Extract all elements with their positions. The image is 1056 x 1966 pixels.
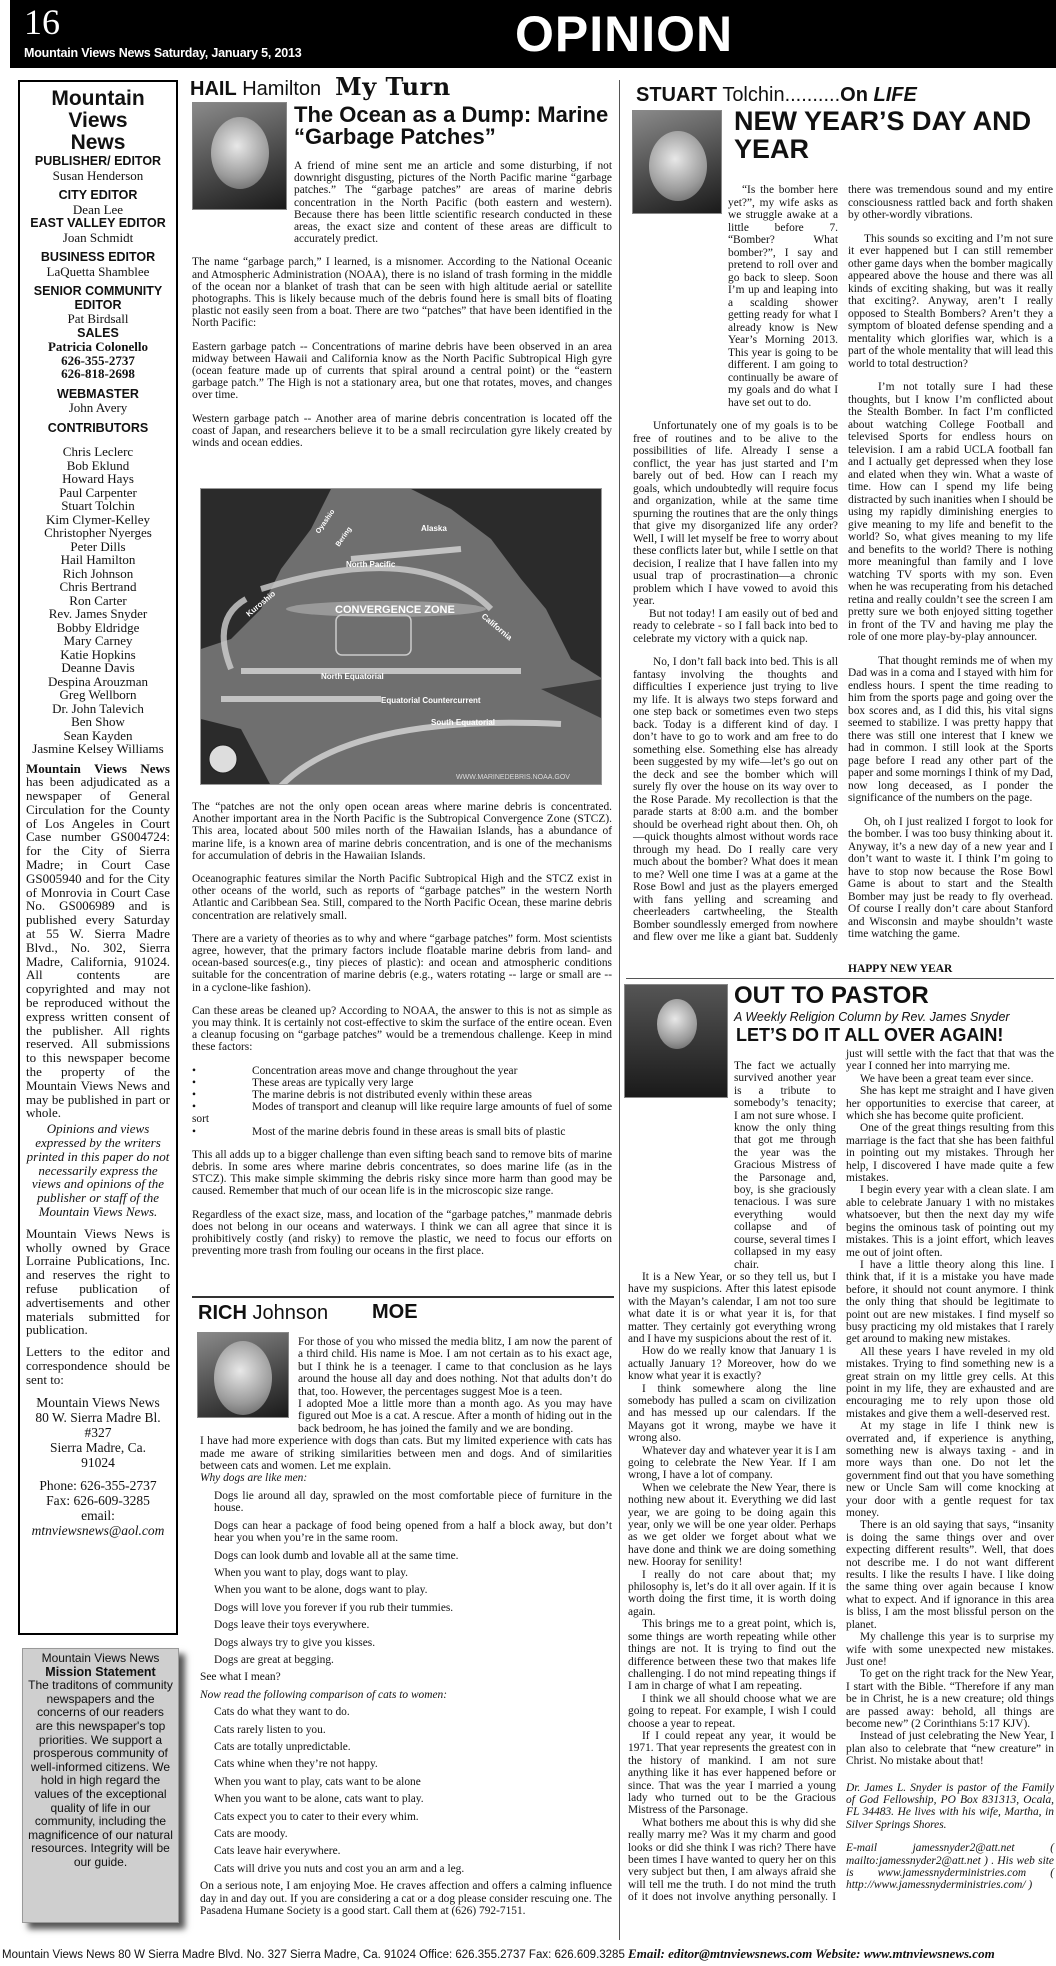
staff-role: BUSINESS EDITOR [26,251,170,265]
contact-info: Phone: 626-355-2737 Fax: 626-609-3285 em… [26,1478,170,1538]
column-title: OUT TO PASTOR [734,984,929,1008]
contributor-name: Rich Johnson [26,567,170,581]
contributor-name: Dr. John Talevich [26,702,170,716]
fax: Fax: 626-609-3285 [26,1493,170,1508]
contributor-name: Chris Bertrand [26,580,170,594]
article-headline: LET’S DO IT ALL OVER AGAIN! [736,1026,1003,1044]
contributor-name: Bobby Eldridge [26,621,170,635]
paragraph: This all adds up to a bigger challenge t… [192,1149,612,1198]
list-item: Cats rarely listen to you. [200,1724,612,1736]
section-divider [192,1296,614,1298]
staff-name: John Avery [26,401,170,415]
contributor-name: Hail Hamilton [26,553,170,567]
address-line: Sierra Madre, Ca. [26,1440,170,1455]
contributor-name: Howard Hays [26,472,170,486]
section-divider [626,978,1054,979]
paragraph: It is a New Year, or so they tell us, bu… [628,1271,836,1345]
footer-address: Mountain Views News 80 W Sierra Madre Bl… [2,1949,628,1961]
paragraph: There is an old saying that says, “insan… [846,1519,1054,1631]
mission-subtitle: Mission Statement [27,1666,174,1680]
letters-notice: Letters to the editor and correspondence… [26,1345,170,1386]
byline-first: RICH [198,1302,247,1324]
paragraph: I have had more experience with dogs tha… [200,1435,612,1472]
paragraph: There are a variety of theories as to wh… [192,933,612,994]
paragraph: I have a little theory along this line. … [846,1259,1054,1346]
phone: Phone: 626-355-2737 [26,1478,170,1493]
paper-name-line: News [26,132,170,154]
paragraph: I begin every year with a clean slate. I… [846,1184,1054,1258]
paragraph: Can these areas be cleaned up? According… [192,1005,612,1054]
cats-list: Cats do what they want to do.Cats rarely… [200,1706,612,1875]
list-item: Dogs will love you forever if you rub th… [200,1602,612,1614]
paragraph: For those of you who missed the media bl… [200,1336,612,1398]
list-item: Dogs lie around all day, sprawled on the… [200,1490,612,1515]
paragraph: This brings me to a great point, which i… [628,1618,836,1692]
contributor-name: Mary Carney [26,634,170,648]
staff-role: SENIOR COMMUNITY EDITOR [26,285,170,312]
contributor-name: Peter Dills [26,540,170,554]
list-item: Dogs are great at begging. [200,1654,612,1666]
article-body-continued: The “patches are not the only open ocean… [192,801,612,1269]
paragraph: When we celebrate the New Year, there is… [628,1482,836,1569]
paragraph: See what I mean? [200,1671,612,1683]
staff-role: WEBMASTER [26,388,170,402]
paragraph: On a serious note, I am enjoying Moe. He… [200,1880,612,1917]
paragraph: To get on the right track for the New Ye… [846,1668,1054,1730]
list-item: Cats will drive you nuts and cost you an… [200,1863,612,1875]
mailing-address: Mountain Views News 80 W. Sierra Madre B… [26,1395,170,1470]
paragraph: All these years I have reveled in my old… [846,1346,1054,1420]
paragraph: She has kept me straight and I have give… [846,1085,1054,1122]
staff-role: PUBLISHER/ EDITOR [26,155,170,169]
list-item: Dogs leave their toys everywhere. [200,1619,612,1631]
list-item: Dogs can hear a package of food being op… [200,1520,612,1545]
section-title: OPINION [515,8,733,60]
paragraph: We have been a great team ever since. [846,1073,1054,1085]
factors-list: Concentration areas move and change thro… [192,1065,612,1138]
byline-last: Hamilton [242,78,321,100]
subheading: Why dogs are like men: [200,1472,612,1484]
contributor-name: Christopher Nyerges [26,526,170,540]
list-item: When you want to be alone, cats want to … [200,1793,612,1805]
publication-line: Mountain Views News Saturday, January 5,… [24,46,301,60]
list-item: Cats are totally unpredictable. [200,1741,612,1753]
contributor-name: Greg Wellborn [26,688,170,702]
adjudication-notice: Mountain Views News has been adjudicated… [26,762,170,1121]
email-label: email: [26,1508,170,1523]
article-headline: MOE [372,1302,418,1322]
svg-text:North Equatorial: North Equatorial [321,672,384,681]
list-item: Cats expect you to cater to their every … [200,1811,612,1823]
article-body: For those of you who missed the media bl… [200,1336,612,1928]
signoff: HAPPY NEW YEAR [848,963,952,975]
svg-text:South Equatorial: South Equatorial [431,718,495,727]
adjudication-lead: Mountain Views News [26,761,170,776]
mission-statement-box: Mountain Views News Mission Statement Th… [22,1648,179,1923]
paragraph: Regardless of the exact size, mass, and … [192,1209,612,1258]
contributor-name: Katie Hopkins [26,648,170,662]
contributors-label: CONTRIBUTORS [26,422,170,436]
page-number: 16 [24,0,60,44]
hamilton-article: HAIL HamiltonMy Turn [190,76,612,100]
staff-name: Susan Henderson [26,169,170,183]
contributor-name: Stuart Tolchin [26,499,170,513]
contributor-name: Deanne Davis [26,661,170,675]
paper-name-line: Mountain [26,88,170,110]
byline: RICH Johnson [198,1302,328,1324]
list-item: Cats leave hair everywhere. [200,1845,612,1857]
byline: STUART Tolchin..........On LIFE [636,84,917,106]
contributors-list: Chris LeclercBob EklundHoward HaysPaul C… [26,445,170,756]
contributor-name: Sean Kayden [26,729,170,743]
list-item: Concentration areas move and change thro… [192,1065,612,1077]
paragraph: Eastern garbage patch -- Concentrations … [192,341,612,402]
paragraph: If I could repeat any year, it would be … [628,1730,836,1817]
contributor-name: Kim Clymer-Kelley [26,513,170,527]
byline-first: STUART [636,84,717,106]
svg-text:WWW.MARINEDEBRIS.NOAA.GOV: WWW.MARINEDEBRIS.NOAA.GOV [456,774,570,781]
byline-first: HAIL [190,78,237,100]
paragraph: I adopted Moe a little more than a month… [200,1398,612,1435]
column-on: On [840,84,868,106]
list-item: Cats whine when they’re not happy. [200,1758,612,1770]
column-subtitle: A Weekly Religion Column by Rev. James S… [734,1010,1010,1024]
byline: HAIL HamiltonMy Turn [190,76,612,100]
article-body: The fact we actually survived another ye… [628,1048,1054,1943]
paragraph: Oh, oh I just realized I forgot to look … [848,816,1053,941]
contributor-name: Ron Carter [26,594,170,608]
staff-name: Joan Schmidt [26,231,170,245]
adjudication-text: has been adjudicated as a newspaper of G… [26,774,170,1120]
column-name: My Turn [335,72,451,101]
staff-name: LaQuetta Shamblee [26,265,170,279]
staff-name: Pat Birdsall [26,312,170,326]
address-line: #327 [26,1425,170,1440]
paragraph: Western garbage patch -- Another area of… [192,413,612,450]
sales-phone: 626-355-2737 [26,354,170,368]
paragraph: I’m not totally sure I had these thought… [848,381,1053,644]
paragraph: I think we all should choose what we are… [628,1693,836,1730]
article-body: “Is the bomber here yet?”, my wife asks … [633,184,1053,954]
svg-text:Equatorial Countercurrent: Equatorial Countercurrent [381,696,481,705]
paragraph: But not today! I am easily out of bed an… [633,608,838,646]
paragraph: Instead of just celebrating the New Year… [846,1730,1054,1767]
masthead-box: Mountain Views News PUBLISHER/ EDITOR Su… [18,80,178,1635]
page-footer: Mountain Views News 80 W Sierra Madre Bl… [0,1946,1056,1966]
list-item: When you want to play, cats want to be a… [200,1776,612,1788]
list-item: Most of the marine debris found in these… [192,1126,612,1138]
paragraph: One of the great things resulting from t… [846,1122,1054,1184]
subheading: Now read the following comparison of cat… [200,1689,612,1701]
article-headline: The Ocean as a Dump: Marine “Garbage Pat… [294,104,612,149]
address-line: 80 W. Sierra Madre Bl. [26,1410,170,1425]
address-line: Mountain Views News [26,1395,170,1410]
list-item: Modes of transport and cleanup will like… [192,1101,612,1125]
staff-role: CITY EDITOR [26,189,170,203]
article-body: A friend of mine sent me an article and … [192,160,612,460]
contributor-name: Ben Show [26,715,170,729]
sales-phone: 626-818-2698 [26,367,170,381]
author-contact[interactable]: E-mail jamessnyder2@att.net ( mailto:jam… [846,1842,1054,1892]
paragraph: This sounds so exciting and I’m not sure… [848,233,1053,371]
contributor-name: Bob Eklund [26,459,170,473]
contributor-name: Jasmine Kelsey Williams [26,742,170,756]
paragraph: Oceanographic features similar the North… [192,873,612,922]
paragraph: Whatever day and whatever year it is I a… [628,1445,836,1482]
footer-contact[interactable]: Email: editor@mtnviewsnews.com Website: … [628,1946,995,1961]
byline-last: Tolchin.......... [722,84,840,106]
list-item: Cats are moody. [200,1828,612,1840]
staff-name: Patricia Colonello [26,340,170,354]
paragraph: “Is the bomber here yet?”, my wife asks … [633,184,838,409]
email-link[interactable]: mtnviewsnews@aol.com [26,1523,170,1538]
paragraph: That thought reminds me of when my Dad w… [848,655,1053,805]
column-life: LIFE [873,84,916,106]
list-item: Cats do what they want to do. [200,1706,612,1718]
staff-name: Dean Lee [26,203,170,217]
svg-text:Alaska: Alaska [421,524,447,533]
paragraph: The fact we actually survived another ye… [628,1060,836,1271]
list-item: These areas are typically very large [192,1077,612,1089]
paragraph: My challenge this year is to surprise my… [846,1631,1054,1668]
list-item: Dogs always try to give you kisses. [200,1637,612,1649]
list-item: The marine debris is not distributed eve… [192,1089,612,1101]
paragraph: How do we really know that January 1 is … [628,1345,836,1382]
paper-name-line: Views [26,110,170,132]
svg-text:CONVERGENCE ZONE: CONVERGENCE ZONE [335,604,455,616]
contributor-name: Paul Carpenter [26,486,170,500]
staff-role: SALES [26,327,170,341]
paragraph: I think somewhere along the line somebod… [628,1383,836,1445]
paragraph: At my stage in life I think new is overr… [846,1420,1054,1519]
disclaimer: Opinions and views expressed by the writ… [26,1122,170,1219]
column-divider [619,80,620,1940]
list-item: Dogs can look dumb and lovable all at th… [200,1550,612,1562]
svg-text:North Pacific: North Pacific [346,560,396,569]
dogs-list: Dogs lie around all day, sprawled on the… [200,1490,612,1666]
mission-text: The traditons of community newspapers an… [27,1679,174,1869]
article-headline: NEW YEAR’S DAY AND YEAR [734,108,1044,163]
contributor-name: Chris Leclerc [26,445,170,459]
staff-role: EAST VALLEY EDITOR [26,217,170,231]
list-item: When you want to be alone, dogs want to … [200,1584,612,1596]
list-item: When you want to play, dogs want to play… [200,1567,612,1579]
paragraph: The “patches are not the only open ocean… [192,801,612,862]
author-bio: Dr. James L. Snyder is pastor of the Fam… [846,1782,1054,1832]
map-graphic: CONVERGENCE ZONE North Pacific Alaska No… [201,489,602,785]
page-header: 16 Mountain Views News Saturday, January… [10,0,1056,68]
address-line: 91024 [26,1455,170,1470]
paragraph: I really do not care about that; my phil… [628,1569,836,1619]
paragraph: A friend of mine sent me an article and … [192,160,612,245]
ocean-currents-map: CONVERGENCE ZONE North Pacific Alaska No… [200,488,602,785]
paper-name: Mountain Views News [26,88,170,154]
contributor-name: Despina Arouzman [26,675,170,689]
mission-title: Mountain Views News [27,1652,174,1666]
paragraph: Unfortunately one of my goals is to be f… [633,420,838,608]
byline-last: Johnson [252,1302,328,1324]
paragraph: The name “garbage parch,” I learned, is … [192,256,612,329]
contributor-name: Rev. James Snyder [26,607,170,621]
ownership-notice: Mountain Views News is wholly owned by G… [26,1227,170,1337]
